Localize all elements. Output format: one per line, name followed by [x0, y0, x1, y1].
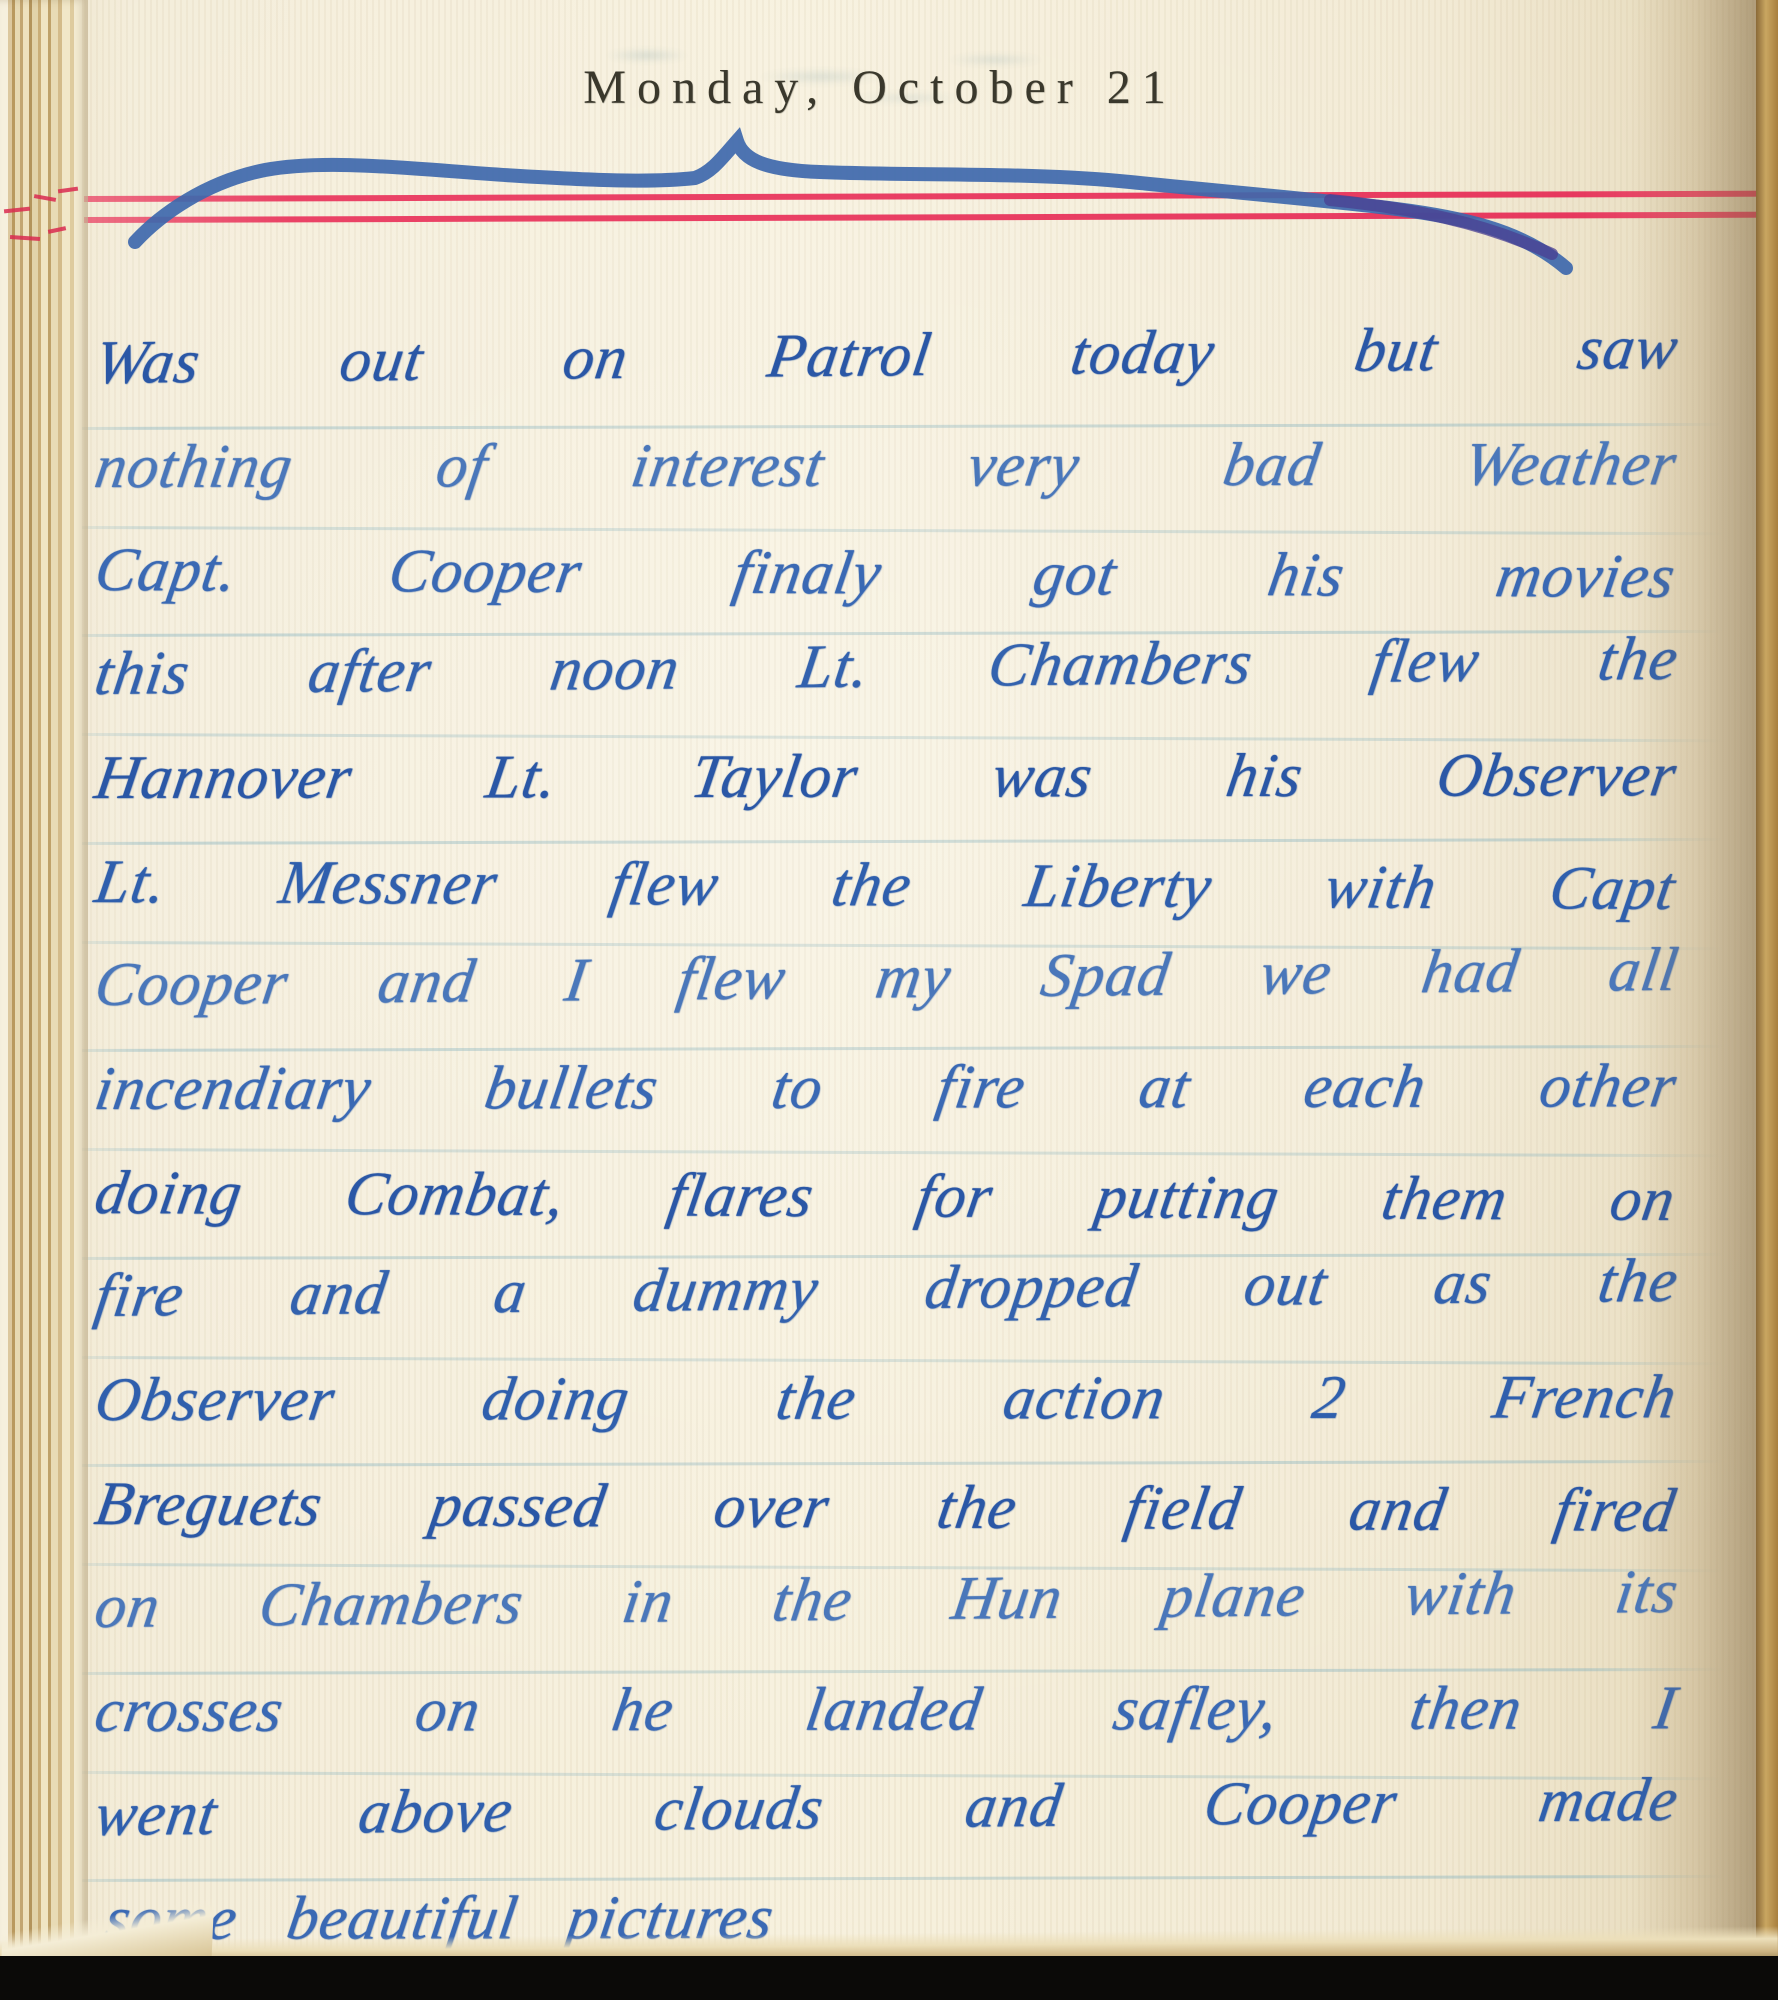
handwriting-line: doing Combat, flares for putting them on — [91, 1162, 1680, 1231]
handwriting-line: went above clouds and Cooper made — [91, 1769, 1683, 1846]
scanner-background — [0, 1956, 1778, 2000]
next-page-edge-right — [1756, 0, 1778, 1958]
stacked-page-edges-left — [0, 0, 88, 1972]
handwriting-line: Cooper and I flew my Spad we had all — [91, 939, 1683, 1016]
handwriting-line: Capt. Cooper finaly got his movies — [91, 539, 1680, 608]
diary-page-scan: Monday, October 21 Was out on Patrol tod… — [0, 0, 1778, 2000]
page-date-header: Monday, October 21 — [140, 60, 1620, 115]
page-curl-shadow-right — [1630, 0, 1760, 2000]
handwriting-line: Lt. Messner flew the Liberty with Capt — [91, 851, 1680, 920]
handwriting-line: Breguets passed over the field and fired — [91, 1473, 1680, 1542]
handwriting-line: on Chambers in the Hun plane with its — [91, 1561, 1683, 1638]
handwriting-line: Observer doing the action 2 French — [91, 1366, 1681, 1431]
handwriting-line: crosses on he landed safley, then I — [91, 1677, 1681, 1742]
handwriting-line: fire and a dummy dropped out as the — [91, 1250, 1683, 1327]
handwriting-line: nothing of interest very bad Weather — [91, 433, 1681, 498]
handwriting-line: this after noon Lt. Chambers flew the — [91, 628, 1683, 705]
handwriting-line: incendiary bullets to fire at each other — [91, 1055, 1681, 1120]
handwriting-line: Hannover Lt. Taylor was his Observer — [91, 744, 1681, 809]
handwriting-line: Was out on Patrol today but saw — [91, 317, 1683, 394]
